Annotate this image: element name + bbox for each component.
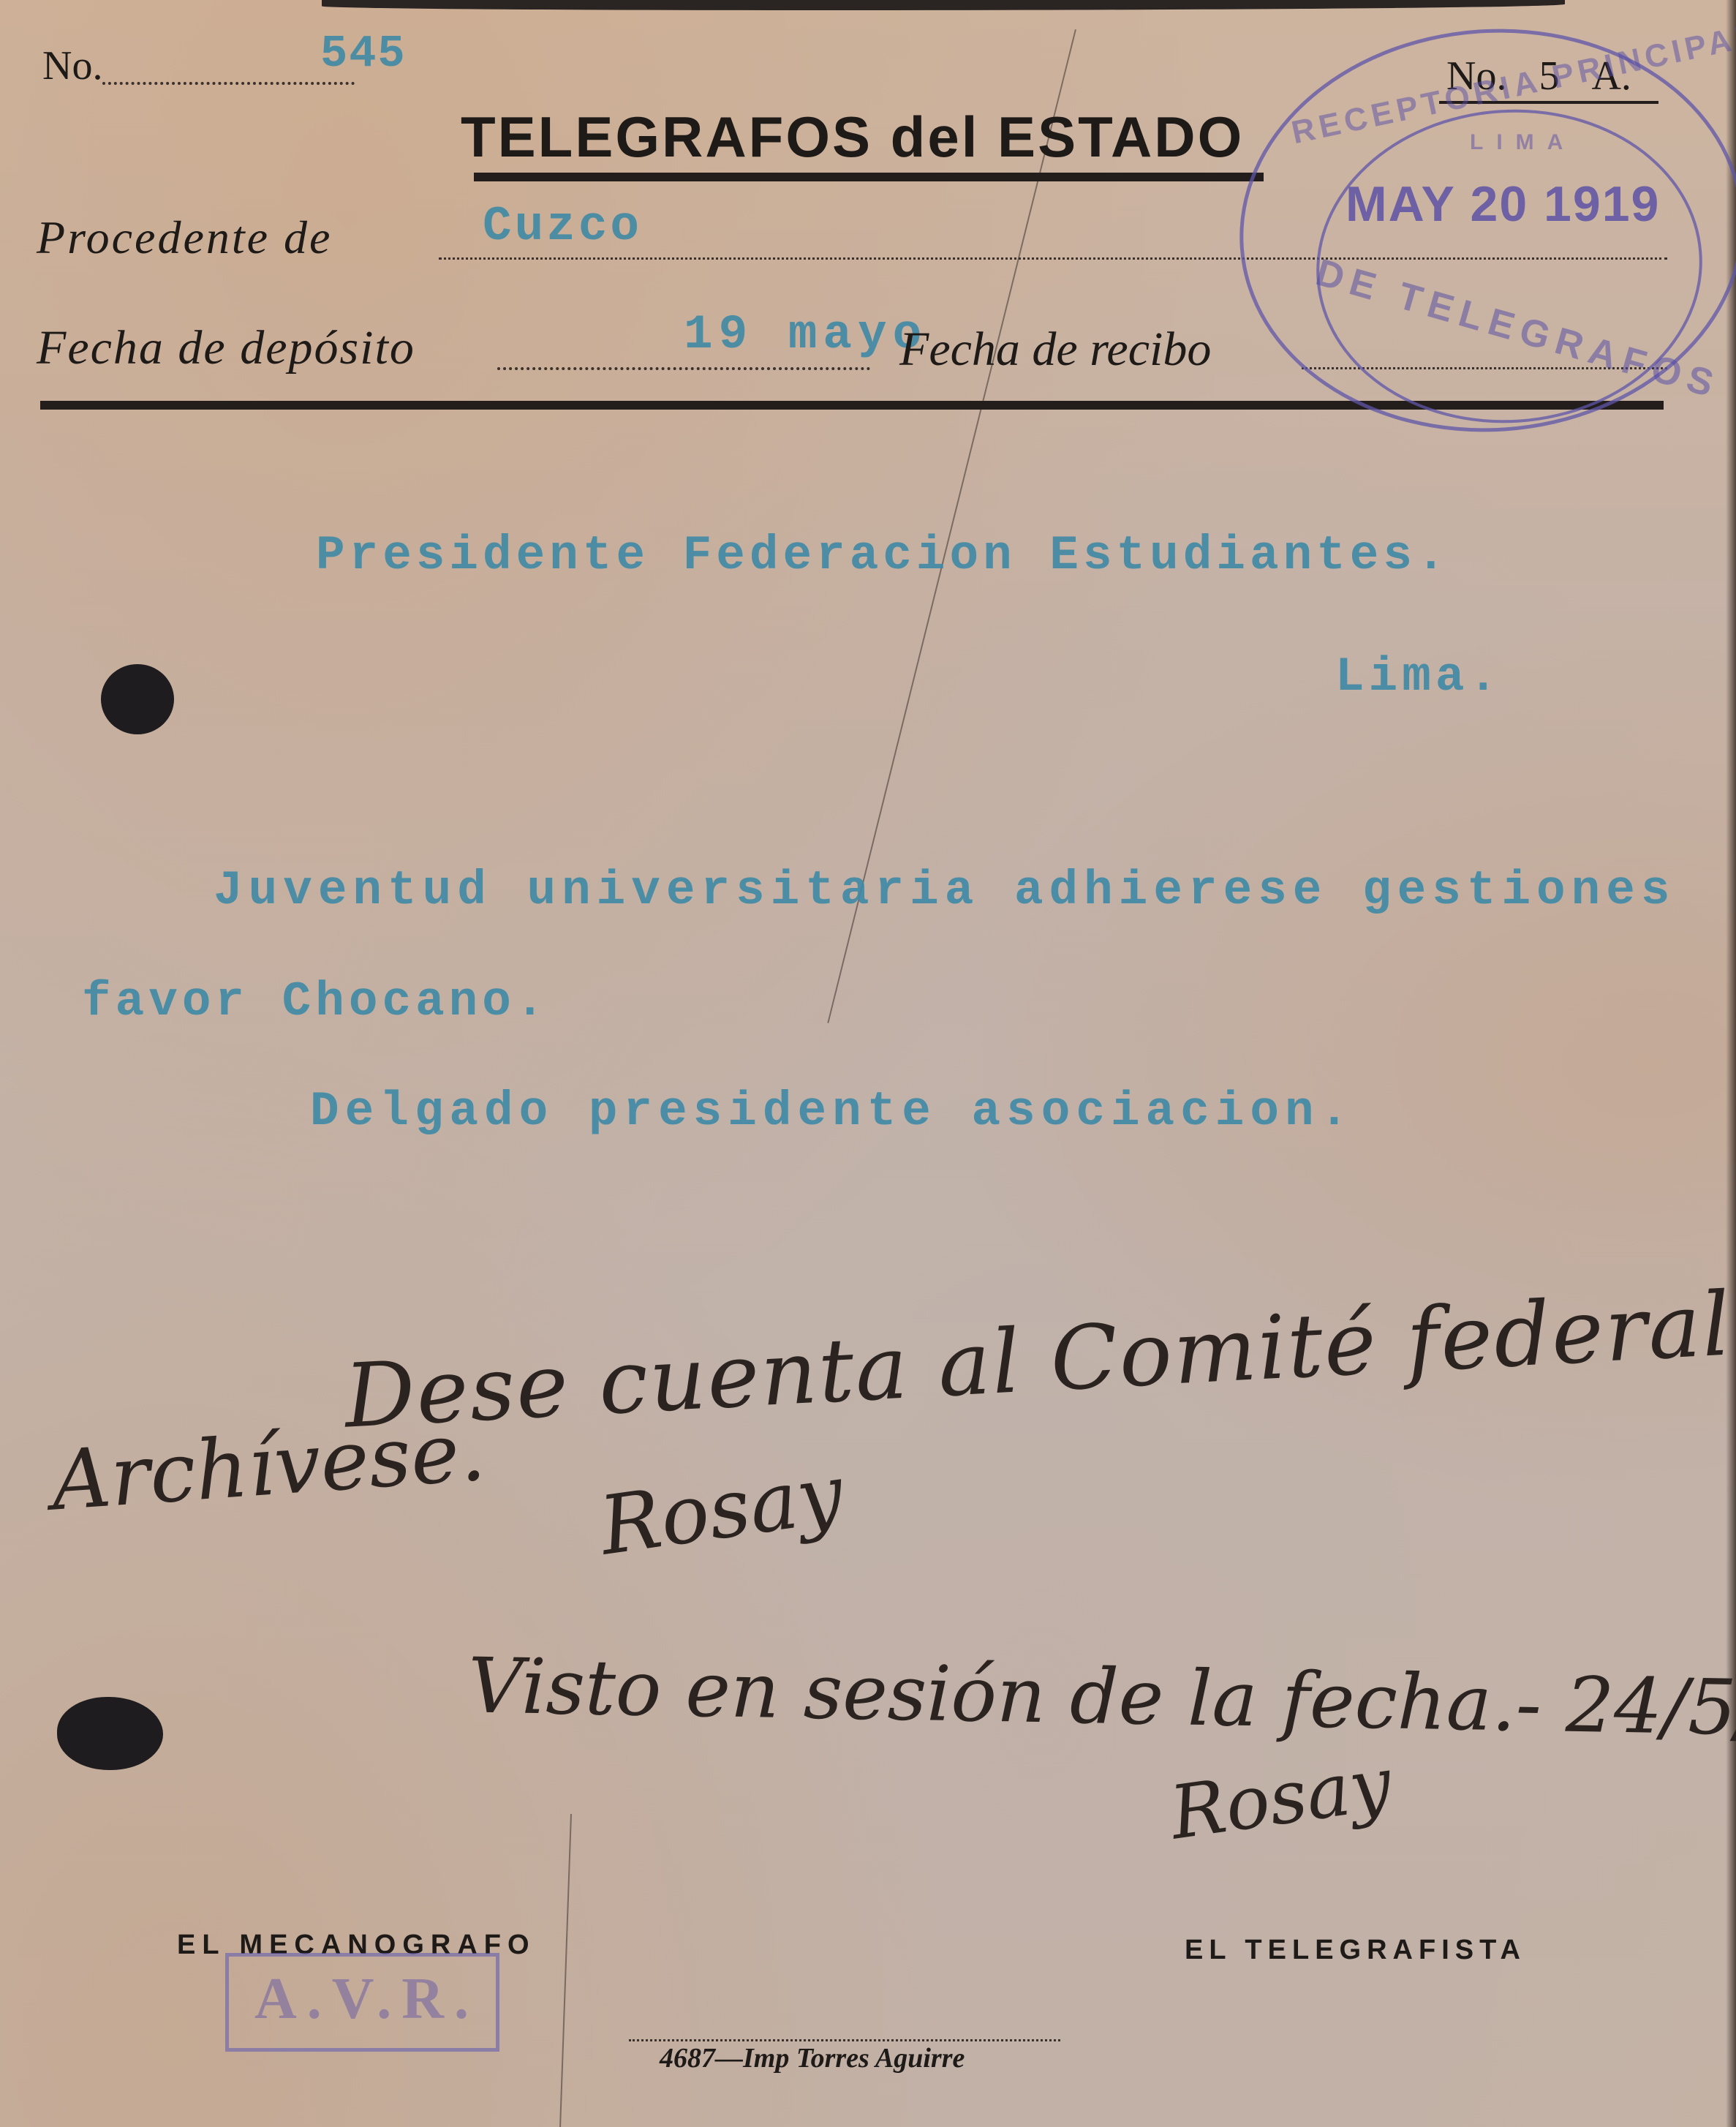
message-city: Lima.	[1335, 650, 1502, 704]
origin-label: Procedente de	[37, 211, 332, 265]
number-label: No.	[42, 42, 102, 89]
right-edge-shadow	[1726, 0, 1736, 2127]
punch-hole-top	[101, 664, 174, 734]
typist-stamp: A.V.R.	[254, 1966, 479, 2033]
message-body-line-2: favor Chocano.	[82, 974, 549, 1029]
number-value: 545	[320, 28, 407, 80]
printer-dotted-line	[629, 2039, 1060, 2041]
deposit-date-value: 19 mayo	[684, 307, 927, 362]
printer-imprint: 4687—Imp Torres Aguirre	[660, 2042, 965, 2074]
deposit-date-label: Fecha de depósito	[37, 320, 415, 376]
message-addressee: Presidente Federacion Estudiantes.	[316, 528, 1450, 583]
receipt-date-label: Fecha de recibo	[899, 322, 1211, 377]
form-title: TELEGRAFOS del ESTADO	[461, 104, 1244, 170]
stamp-date: MAY 20 1919	[1346, 176, 1660, 233]
number-dotted-line	[102, 82, 355, 85]
stamp-city: LIMA	[1470, 130, 1576, 155]
message-signature: Delgado presidente asociacion.	[310, 1084, 1354, 1139]
deposit-date-dotted-line	[497, 367, 870, 370]
punch-hole-bottom	[57, 1697, 163, 1770]
message-body-line-1: Juventud universitaria adhierese gestion…	[214, 863, 1675, 918]
telegraphist-label: EL TELEGRAFISTA	[1185, 1935, 1526, 1966]
title-underline	[474, 173, 1264, 181]
origin-value: Cuzco	[483, 199, 642, 254]
